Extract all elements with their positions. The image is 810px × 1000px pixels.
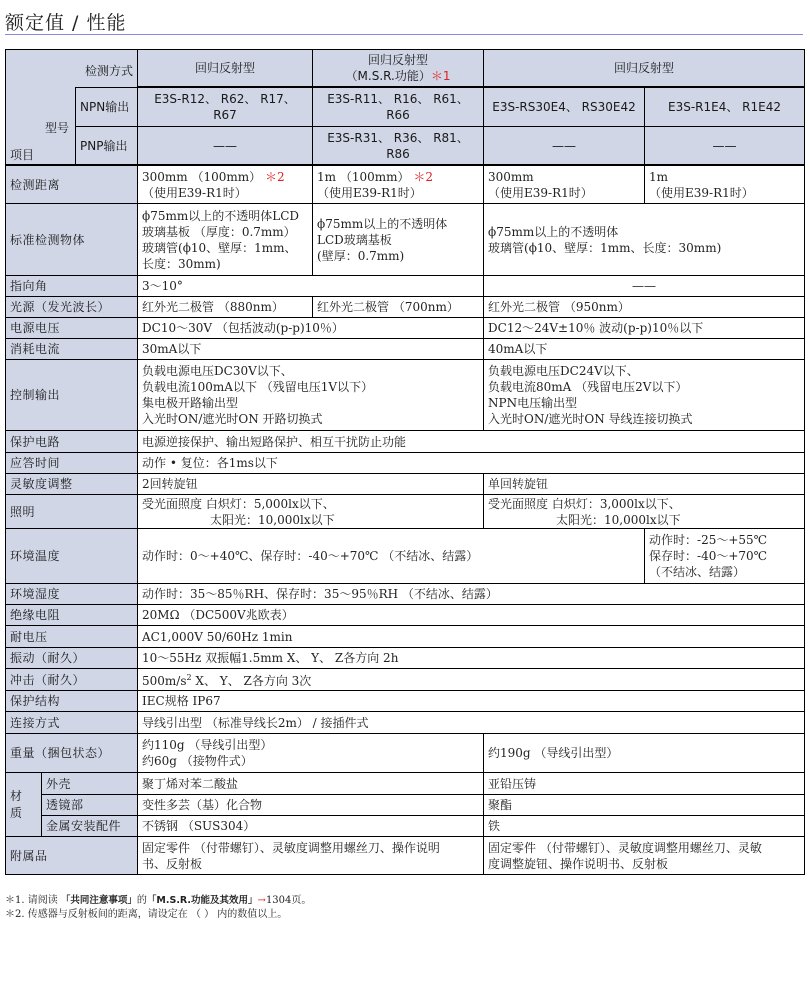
row-material-housing: 材质 外壳 聚丁烯对苯二酸盐 亚铅压铸 (6, 773, 805, 795)
text-line: 太阳光：10,000lx以下 (142, 512, 335, 528)
text-line: 太阳光：10,000lx以下 (488, 512, 681, 528)
light-source-cd: 红外光二极管 （950nm） (484, 297, 805, 318)
footnote-1: ＊1. 请阅读 「共同注意事项」的「M.S.R.功能及其效用」→1304页。 (5, 891, 311, 906)
row-connection: 连接方式 导线引出型 （标准导线长2m） / 接插件式 (6, 712, 805, 734)
control-output-cd: 负载电源电压DC24V以下、 负载电流80mA （残留电压2V以下） NPN电压… (484, 360, 805, 431)
accessories-cd: 固定零件 （付带螺钉）、灵敏度调整用螺丝刀、灵敏 度调整旋钮、操作说明书、反射板 (484, 837, 805, 875)
row-illumination: 照明 受光面照度 白炽灯：5,000lx以下、 太阳光：10,000lx以下 受… (6, 495, 805, 529)
insulation-value: 20MΩ （DC500V兆欧表） (138, 605, 805, 626)
distance-c-line1: 300mm (488, 169, 640, 185)
method-col-a: 回归反射型 (138, 50, 313, 87)
sensitivity-cd: 单回转旋钮 (484, 474, 805, 495)
shock-direction: X、 Y、 Z各方向 3次 (192, 674, 312, 688)
text-line: 入光时ON/遮光时ON 开路切换式 (142, 411, 479, 427)
text-line: 保存时：-40～+70℃ (649, 548, 800, 564)
label-material-housing: 外壳 (42, 773, 138, 795)
npn-model-d: E3S-R1E4、 R1E42 (645, 88, 805, 127)
row-insulation: 绝缘电阻 20MΩ （DC500V兆欧表） (6, 605, 805, 626)
row-sensitivity: 灵敏度调整 2回转旋钮 单回转旋钮 (6, 474, 805, 495)
label-ambient-humidity: 环境湿度 (6, 584, 138, 605)
distance-a: 300mm （100mm） ＊2 （使用E39-R1时） (138, 166, 313, 204)
label-protection-circuit: 保护电路 (6, 431, 138, 453)
protection-circuit-value: 电源逆接保护、输出短路保护、相互干扰防止功能 (138, 431, 805, 453)
material-label: 材质 (10, 788, 23, 822)
material-housing-ab: 聚丁烯对苯二酸盐 (138, 773, 484, 795)
distance-b: 1m （100mm） ＊2 （使用E39-R1时） (313, 166, 484, 204)
title-divider (5, 34, 803, 35)
text-line: 约110g （导线引出型） (142, 737, 479, 753)
label-standard-object: 标准检测物体 (6, 204, 138, 276)
text-line: ϕ75mm以上的不透明体 (317, 216, 479, 232)
material-lens-cd: 聚酯 (484, 795, 805, 816)
standard-object-a: ϕ75mm以上的不透明体LCD 玻璃基板 （厚度：0.7mm） 玻璃管(ϕ10、… (138, 204, 313, 276)
control-output-ab: 负载电源电压DC30V以下、 负载电流100mA以下 （残留电压1V以下） 集电… (138, 360, 484, 431)
response-time-value: 动作 • 复位：各1ms以下 (138, 453, 805, 474)
npn-model-b: E3S-R11、 R16、 R61、 R66 (313, 88, 484, 127)
method-b-line1: 回归反射型 (317, 52, 479, 68)
pnp-model-d: —— (645, 127, 805, 165)
text-line: 入光时ON/遮光时ON 导线连接切换式 (488, 411, 800, 427)
row-distance: 检测距离 300mm （100mm） ＊2 （使用E39-R1时） 1m （10… (6, 166, 805, 204)
distance-c: 300mm （使用E39-R1时） (484, 166, 645, 204)
row-shock: 冲击（耐久） 500m/s2 X、 Y、 Z各方向 3次 (6, 669, 805, 691)
distance-a-line2: （使用E39-R1时） (142, 185, 308, 201)
distance-d: 1m （使用E39-R1时） (645, 166, 805, 204)
weight-ab: 约110g （导线引出型） 约60g （接物件式） (138, 734, 484, 773)
dielectric-value: AC1,000V 50/60Hz 1min (138, 626, 805, 648)
material-housing-cd: 亚铅压铸 (484, 773, 805, 795)
page-title: 额定值 / 性能 (5, 8, 126, 35)
text-line: 受光面照度 白炽灯：5,000lx以下、 (142, 496, 479, 512)
text-line: 动作时：-25～+55℃ (649, 532, 800, 548)
ambient-humidity-value: 动作时：35～85％RH、保存时：35～95％RH （不结冰、结露） (138, 584, 805, 605)
illumination-ab: 受光面照度 白炽灯：5,000lx以下、 太阳光：10,000lx以下 (138, 495, 484, 529)
method-col-b: 回归反射型 （M.S.R.功能）＊1 (313, 50, 484, 87)
distance-d-line1: 1m (649, 169, 800, 185)
footnote-ref-2: ＊2 (413, 170, 433, 184)
footnote-2: ＊2. 传感器与反射板间的距离，请设定在 （ ） 内的数值以上。 (5, 905, 287, 920)
label-material-lens: 透镜部 (42, 795, 138, 816)
label-directional-angle: 指向角 (6, 276, 138, 297)
row-protective-structure: 保护结构 IEC规格 IP67 (6, 691, 805, 712)
standard-object-b: ϕ75mm以上的不透明体 LCD玻璃基板 (壁厚：0.7mm) (313, 204, 484, 276)
label-response-time: 应答时间 (6, 453, 138, 474)
footnote-ref-2: ＊2 (265, 170, 285, 184)
distance-b-line2: （使用E39-R1时） (317, 185, 479, 201)
label-protective-structure: 保护结构 (6, 691, 138, 712)
label-weight: 重量（捆包状态） (6, 734, 138, 773)
text-line: 集电极开路输出型 (142, 395, 479, 411)
text-line: 负载电源电压DC24V以下、 (488, 363, 800, 379)
ambient-temp-d: 动作时：-25～+55℃ 保存时：-40～+70℃ （不结冰、结露） (645, 529, 805, 584)
light-source-a: 红外光二极管 （880nm） (138, 297, 313, 318)
text-line: 负载电源电压DC30V以下、 (142, 363, 479, 379)
illumination-cd: 受光面照度 白炽灯：3,000lx以下、 太阳光：10,000lx以下 (484, 495, 805, 529)
row-power-voltage: 电源电压 DC10～30V （包括波动(p-p)10％） DC12～24V±10… (6, 318, 805, 339)
spec-body-table: 检测距离 300mm （100mm） ＊2 （使用E39-R1时） 1m （10… (5, 165, 805, 875)
row-current: 消耗电流 30mA以下 40mA以下 (6, 339, 805, 360)
text-line: NPN电压输出型 (488, 395, 800, 411)
row-material-bracket: 金属安装配件 不锈钢 （SUS304） 铁 (6, 816, 805, 837)
text-line: （不结冰、结露） (649, 564, 800, 580)
distance-a-line1: 300mm （100mm） (142, 170, 261, 184)
ambient-temp-abc: 动作时：0～+40℃、保存时：-40～+70℃ （不结冰、结露） (138, 529, 645, 584)
text-line: 固定零件 （付带螺钉）、灵敏度调整用螺丝刀、操作说明 (142, 840, 479, 856)
row-vibration: 振动（耐久） 10～55Hz 双振幅1.5mm X、 Y、 Z各方向 2h (6, 648, 805, 669)
model-corner-spacer: 型号 项目 (6, 88, 76, 165)
label-insulation: 绝缘电阻 (6, 605, 138, 626)
text-line: 受光面照度 白炽灯：3,000lx以下、 (488, 496, 800, 512)
model-rows-table: 型号 项目 NPN输出 E3S-R12、 R62、 R17、 R67 E3S-R… (5, 87, 805, 165)
power-voltage-cd: DC12～24V±10％ 波动(p-p)10％以下 (484, 318, 805, 339)
current-ab: 30mA以下 (138, 339, 484, 360)
accessories-ab: 固定零件 （付带螺钉）、灵敏度调整用螺丝刀、操作说明 书、反射板 (138, 837, 484, 875)
row-protection-circuit: 保护电路 电源逆接保护、输出短路保护、相互干扰防止功能 (6, 431, 805, 453)
row-control-output: 控制输出 负载电源电压DC30V以下、 负载电流100mA以下 （残留电压1V以… (6, 360, 805, 431)
method-b-line2: （M.S.R.功能） (346, 69, 431, 83)
protective-structure-value: IEC规格 IP67 (138, 691, 805, 712)
label-accessories: 附属品 (6, 837, 138, 875)
method-header-label: 检测方式 (85, 63, 133, 79)
text-line: 固定零件 （付带螺钉）、灵敏度调整用螺丝刀、灵敏 (488, 840, 800, 856)
label-dielectric: 耐电压 (6, 626, 138, 648)
label-material: 材质 (6, 773, 42, 837)
text-line: 书、反射板 (142, 856, 479, 872)
distance-d-line2: （使用E39-R1时） (649, 185, 800, 201)
material-lens-ab: 变性多芸（基）化合物 (138, 795, 484, 816)
directional-angle-ab: 3～10° (138, 276, 484, 297)
directional-angle-cd: —— (484, 276, 805, 297)
text-line: 玻璃基板 （厚度：0.7mm） (142, 224, 308, 240)
label-illumination: 照明 (6, 495, 138, 529)
text-line: LCD玻璃基板 (317, 232, 479, 248)
label-current: 消耗电流 (6, 339, 138, 360)
npn-label: NPN输出 (76, 88, 138, 127)
text-line: ϕ75mm以上的不透明体 (488, 224, 800, 240)
label-power-voltage: 电源电压 (6, 318, 138, 339)
pnp-model-b: E3S-R31、 R36、 R81、 R86 (313, 127, 484, 165)
footnote-ref-1: ＊1 (431, 69, 451, 83)
label-vibration: 振动（耐久） (6, 648, 138, 669)
shock-accel: 500m/s (142, 674, 186, 688)
text-line: 玻璃管(ϕ10、壁厚：1mm、 (142, 240, 308, 256)
shock-value: 500m/s2 X、 Y、 Z各方向 3次 (138, 669, 805, 691)
row-light-source: 光源（发光波长） 红外光二极管 （880nm） 红外光二极管 （700nm） 红… (6, 297, 805, 318)
row-ambient-humidity: 环境湿度 动作时：35～85％RH、保存时：35～95％RH （不结冰、结露） (6, 584, 805, 605)
model-label: 型号 (45, 120, 69, 136)
item-label: 项目 (10, 147, 34, 163)
sensitivity-ab: 2回转旋钮 (138, 474, 484, 495)
row-standard-object: 标准检测物体 ϕ75mm以上的不透明体LCD 玻璃基板 （厚度：0.7mm） 玻… (6, 204, 805, 276)
npn-model-c: E3S-RS30E4、 RS30E42 (484, 88, 645, 127)
method-col-cd: 回归反射型 (484, 50, 805, 87)
text-line: ϕ75mm以上的不透明体LCD (142, 208, 308, 224)
light-source-b: 红外光二极管 （700nm） (313, 297, 484, 318)
pnp-model-c: —— (484, 127, 645, 165)
footnote-text: 传感器与反射板间的距离，请设定在 （ ） 内的数值以上。 (28, 909, 288, 920)
pnp-model-a: —— (138, 127, 313, 165)
row-directional-angle: 指向角 3～10° —— (6, 276, 805, 297)
distance-b-line1: 1m （100mm） (317, 170, 410, 184)
label-sensitivity: 灵敏度调整 (6, 474, 138, 495)
text-line: 度调整旋钮、操作说明书、反射板 (488, 856, 800, 872)
label-connection: 连接方式 (6, 712, 138, 734)
row-weight: 重量（捆包状态） 约110g （导线引出型） 约60g （接物件式） 约190g… (6, 734, 805, 773)
label-control-output: 控制输出 (6, 360, 138, 431)
text-line: 长度：30mm) (142, 256, 308, 272)
row-material-lens: 透镜部 变性多芸（基）化合物 聚酯 (6, 795, 805, 816)
text-line: 负载电流80mA （残留电压2V以下） (488, 379, 800, 395)
row-accessories: 附属品 固定零件 （付带螺钉）、灵敏度调整用螺丝刀、操作说明 书、反射板 固定零… (6, 837, 805, 875)
row-response-time: 应答时间 动作 • 复位：各1ms以下 (6, 453, 805, 474)
text-line: 负载电流100mA以下 （残留电压1V以下） (142, 379, 479, 395)
label-material-bracket: 金属安装配件 (42, 816, 138, 837)
footnote-mark: ＊2. (5, 909, 28, 920)
current-cd: 40mA以下 (484, 339, 805, 360)
row-ambient-temp: 环境温度 动作时：0～+40℃、保存时：-40～+70℃ （不结冰、结露） 动作… (6, 529, 805, 584)
label-shock: 冲击（耐久） (6, 669, 138, 691)
text-line: (壁厚：0.7mm) (317, 248, 479, 264)
power-voltage-ab: DC10～30V （包括波动(p-p)10％） (138, 318, 484, 339)
row-dielectric: 耐电压 AC1,000V 50/60Hz 1min (6, 626, 805, 648)
vibration-value: 10～55Hz 双振幅1.5mm X、 Y、 Z各方向 2h (138, 648, 805, 669)
material-bracket-ab: 不锈钢 （SUS304） (138, 816, 484, 837)
pnp-label: PNP输出 (76, 127, 138, 165)
distance-c-line2: （使用E39-R1时） (488, 185, 640, 201)
label-light-source: 光源（发光波长） (6, 297, 138, 318)
npn-model-a: E3S-R12、 R62、 R17、 R67 (138, 88, 313, 127)
weight-cd: 约190g （导线引出型） (484, 734, 805, 773)
connection-value: 导线引出型 （标准导线长2m） / 接插件式 (138, 712, 805, 734)
label-distance: 检测距离 (6, 166, 138, 204)
label-ambient-temp: 环境温度 (6, 529, 138, 584)
standard-object-cd: ϕ75mm以上的不透明体 玻璃管(ϕ10、壁厚：1mm、长度：30mm) (484, 204, 805, 276)
material-bracket-cd: 铁 (484, 816, 805, 837)
text-line: 约60g （接物件式） (142, 753, 479, 769)
text-line: 玻璃管(ϕ10、壁厚：1mm、长度：30mm) (488, 240, 800, 256)
